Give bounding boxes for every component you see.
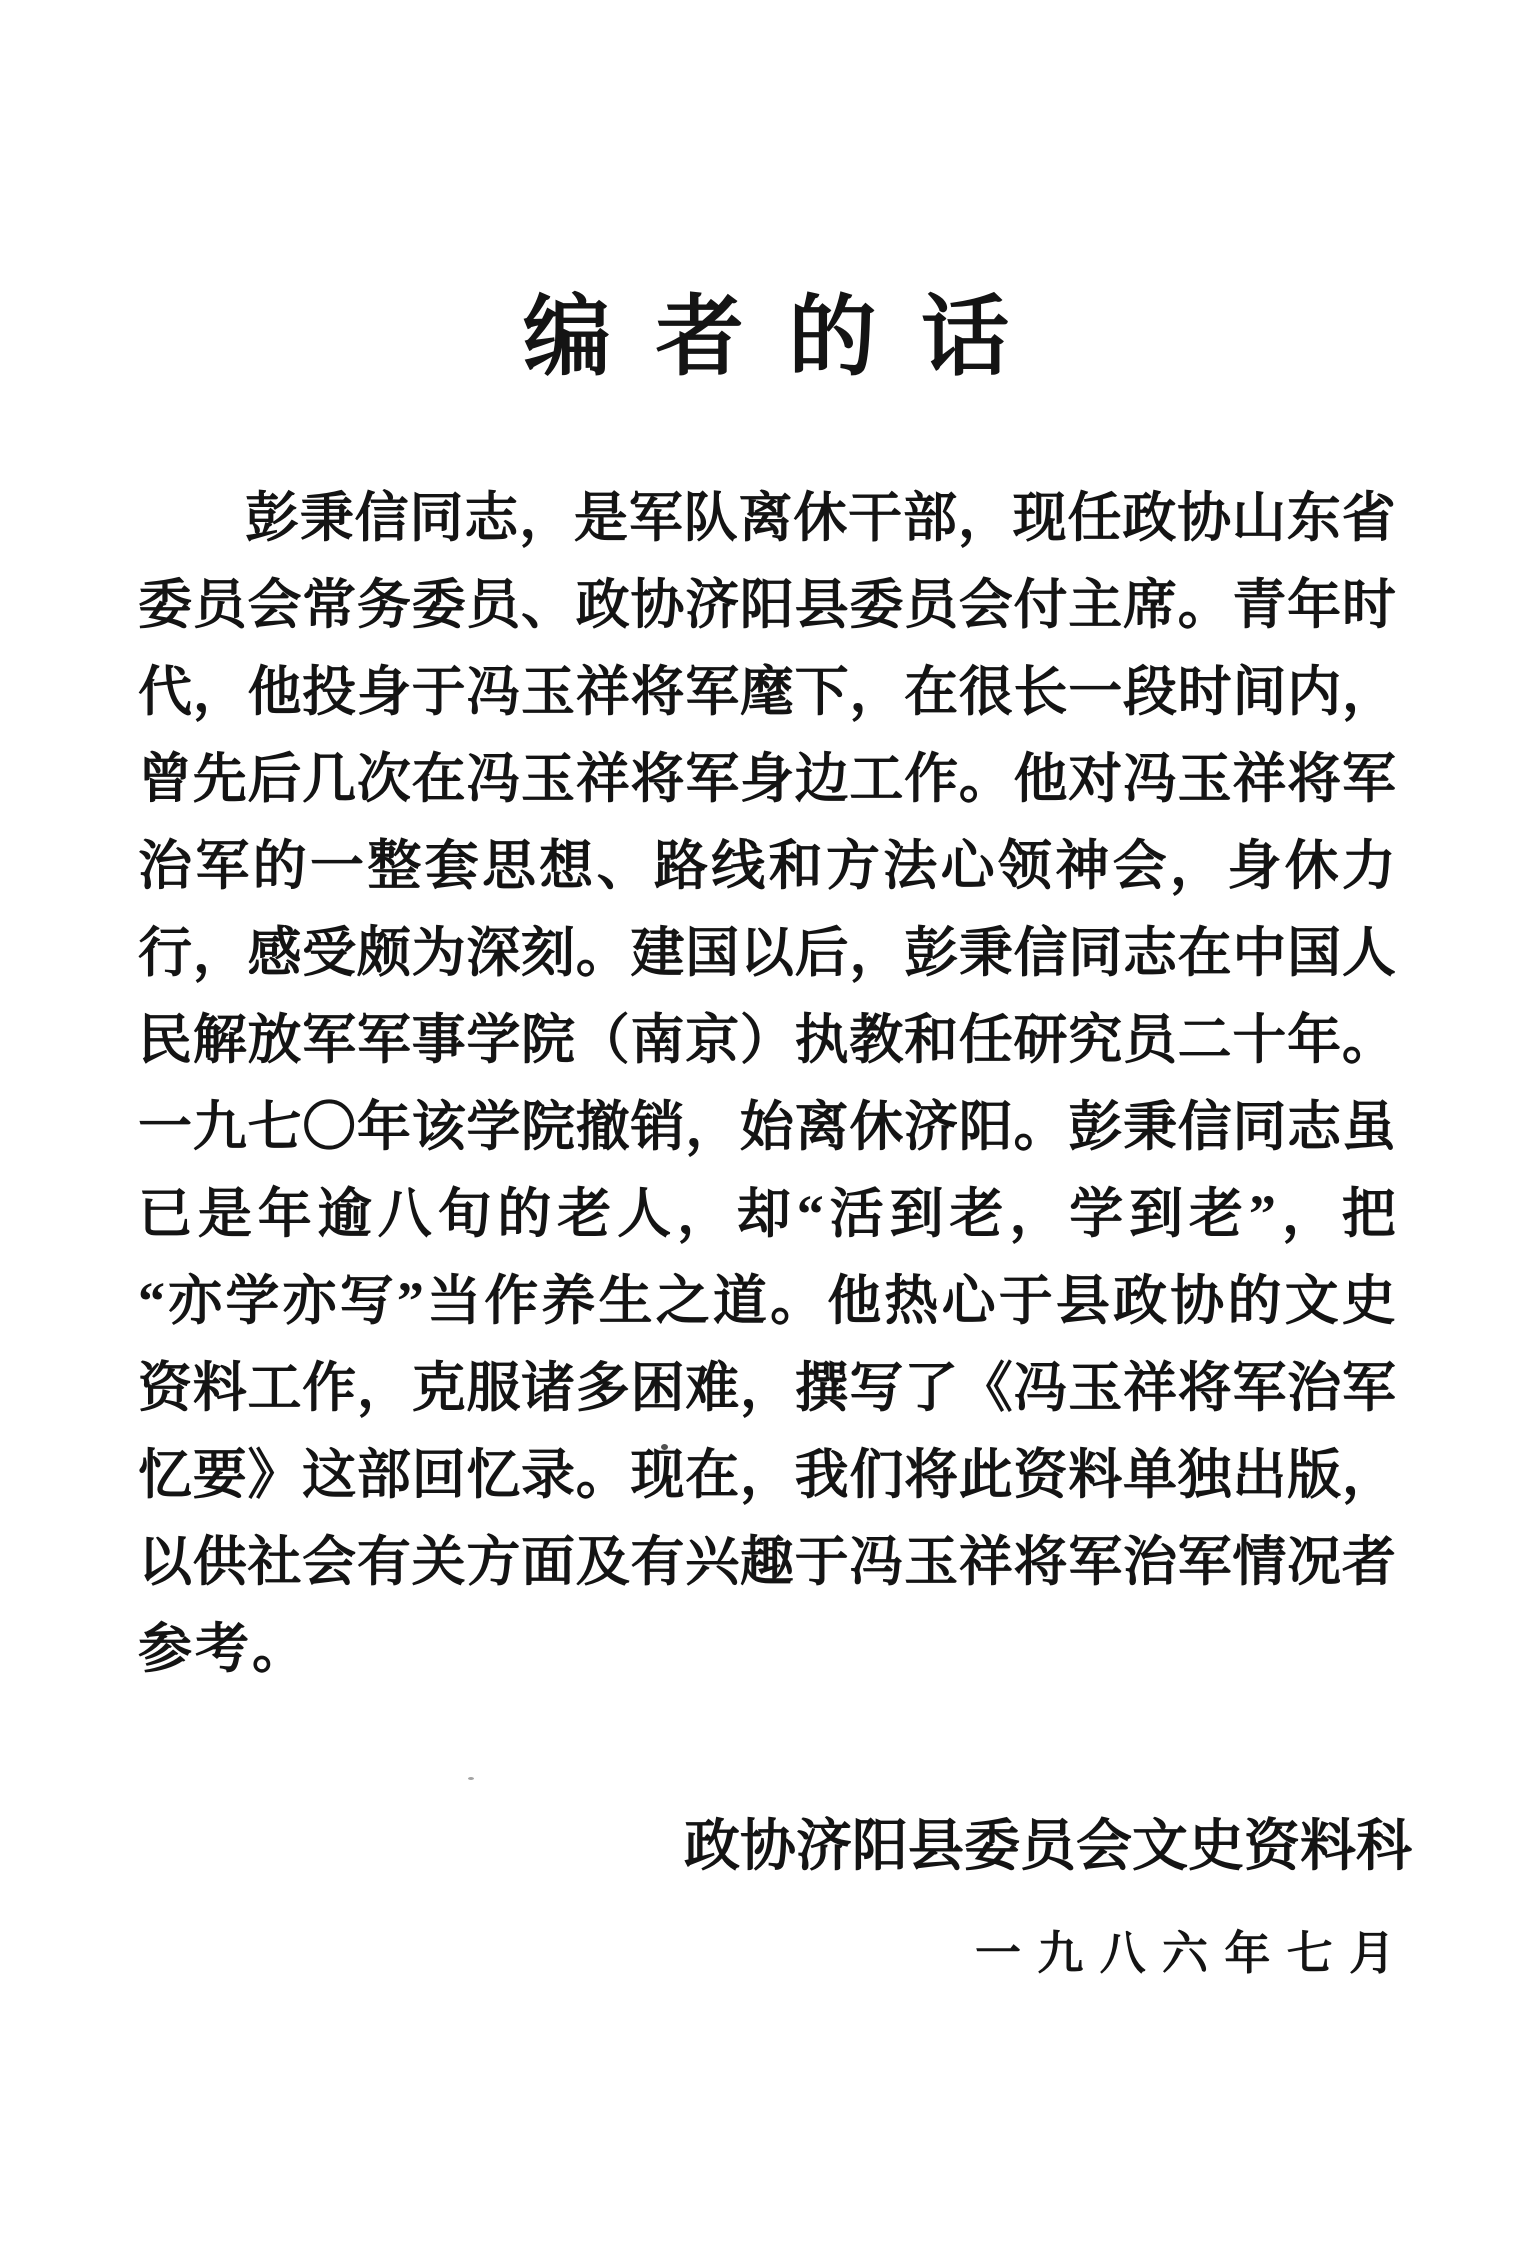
body-line: 曾先后几次在冯玉祥将军身边工作。他对冯玉祥将军 [138, 735, 1396, 822]
body-line: “亦学亦写”当作养生之道。他热心于县政协的文史 [138, 1257, 1396, 1344]
scan-speck [661, 1444, 668, 1450]
body-line: 彭秉信同志，是军队离休干部，现任政协山东省 [138, 474, 1396, 561]
body-line: 行，感受颇为深刻。建国以后，彭秉信同志在中国人 [138, 909, 1396, 996]
body-line: 代，他投身于冯玉祥将军麾下，在很长一段时间内， [138, 648, 1396, 735]
body-line: 资料工作，克服诸多困难，撰写了《冯玉祥将军治军 [138, 1344, 1396, 1431]
body-line: 一九七〇年该学院撤销，始离休济阳。彭秉信同志虽 [138, 1083, 1396, 1170]
body-line: 参考。 [138, 1605, 1396, 1692]
scan-speck [468, 1777, 474, 1780]
publication-date: 一九八六年七月 [975, 1922, 1395, 1978]
body-paragraph: 彭秉信同志，是军队离休干部，现任政协山东省 委员会常务委员、政协济阳县委员会付主… [138, 474, 1396, 1692]
body-line: 委员会常务委员、政协济阳县委员会付主席。青年时 [138, 561, 1396, 648]
body-line: 治军的一整套思想、路线和方法心领神会，身休力 [138, 822, 1396, 909]
body-line: 民解放军军事学院（南京）执教和任研究员二十年。 [138, 996, 1396, 1083]
body-line: 忆要》这部回忆录。现在，我们将此资料单独出版， [138, 1431, 1396, 1518]
signature-line: 政协济阳县委员会文史资料科 [684, 1802, 1412, 1882]
body-line: 已是年逾八旬的老人，却“活到老，学到老”，把 [138, 1170, 1396, 1257]
scanned-page: 编者的话 彭秉信同志，是军队离休干部，现任政协山东省 委员会常务委员、政协济阳县… [0, 0, 1532, 2257]
page-title: 编者的话 [523, 276, 1009, 384]
body-line: 以供社会有关方面及有兴趣于冯玉祥将军治军情况者 [138, 1518, 1396, 1605]
